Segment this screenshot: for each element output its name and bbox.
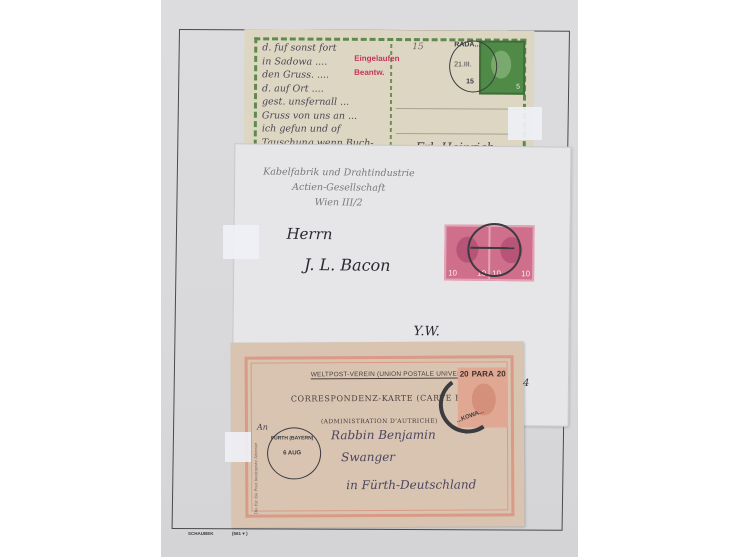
cachet-line: Beantw. (354, 66, 399, 80)
card-subtitle: (ADMINISTRATION D'AUTRICHE) (321, 418, 438, 426)
side-text: Die für die Post bestimmte Adresse (253, 443, 258, 515)
letterhead-line: Kabelfabrik und Drahtindustrie (263, 165, 415, 182)
receiving-postmark-date: 6 AUG (283, 450, 301, 456)
pencil-mark: 4 (523, 378, 529, 389)
stamp-value: 5 (516, 84, 520, 91)
message-line: gest. unsfernall ... (262, 95, 374, 109)
publisher-label: SCHAUBEK (188, 531, 214, 536)
postmark (467, 223, 522, 278)
postmark-year: 15 (466, 78, 474, 85)
message-line: d. auf Ort .... (262, 82, 374, 96)
postcard-bottom[interactable]: WELTPOST-VEREIN (UNION POSTALE UNIVERSEL… (231, 341, 525, 528)
stamp-value: 20 (497, 369, 506, 378)
address-line: in Fürth-Deutschland (346, 477, 476, 492)
postmark-town: RADA... (454, 41, 480, 48)
postmark-date: 21.III. (454, 61, 472, 68)
city-mark: Y.W. (413, 324, 439, 339)
letterhead: Kabelfabrik und Drahtindustrie Actien-Ge… (263, 165, 415, 212)
hinge-mount (223, 225, 259, 259)
address-prefix: An (257, 423, 268, 432)
salutation: Herrn (286, 225, 332, 243)
hinge-mount (508, 107, 542, 140)
page-code: (561 ♥ ) (232, 531, 248, 536)
receiving-postmark-town: FÜRTH (BAYERN) (271, 435, 313, 441)
address-line: Rabbin Benjamin (331, 428, 436, 443)
stamp-value: 10 (521, 269, 530, 278)
address-line: Swanger (341, 450, 395, 464)
letterhead-line: Actien-Gesellschaft (263, 180, 415, 197)
stamp-value: 10 (448, 268, 457, 277)
message-line: ich gefun und of (262, 122, 374, 136)
red-cachet: Eingelaufen Beantw. (354, 52, 399, 80)
cachet-line: Eingelaufen (354, 52, 399, 66)
letterhead-line: Wien III/2 (263, 195, 415, 212)
addressee-name: J. L. Bacon (304, 255, 391, 275)
message-line: Gruss von uns an ... (262, 109, 374, 123)
pencil-note: 15 (412, 42, 424, 52)
hinge-mount (225, 432, 251, 462)
